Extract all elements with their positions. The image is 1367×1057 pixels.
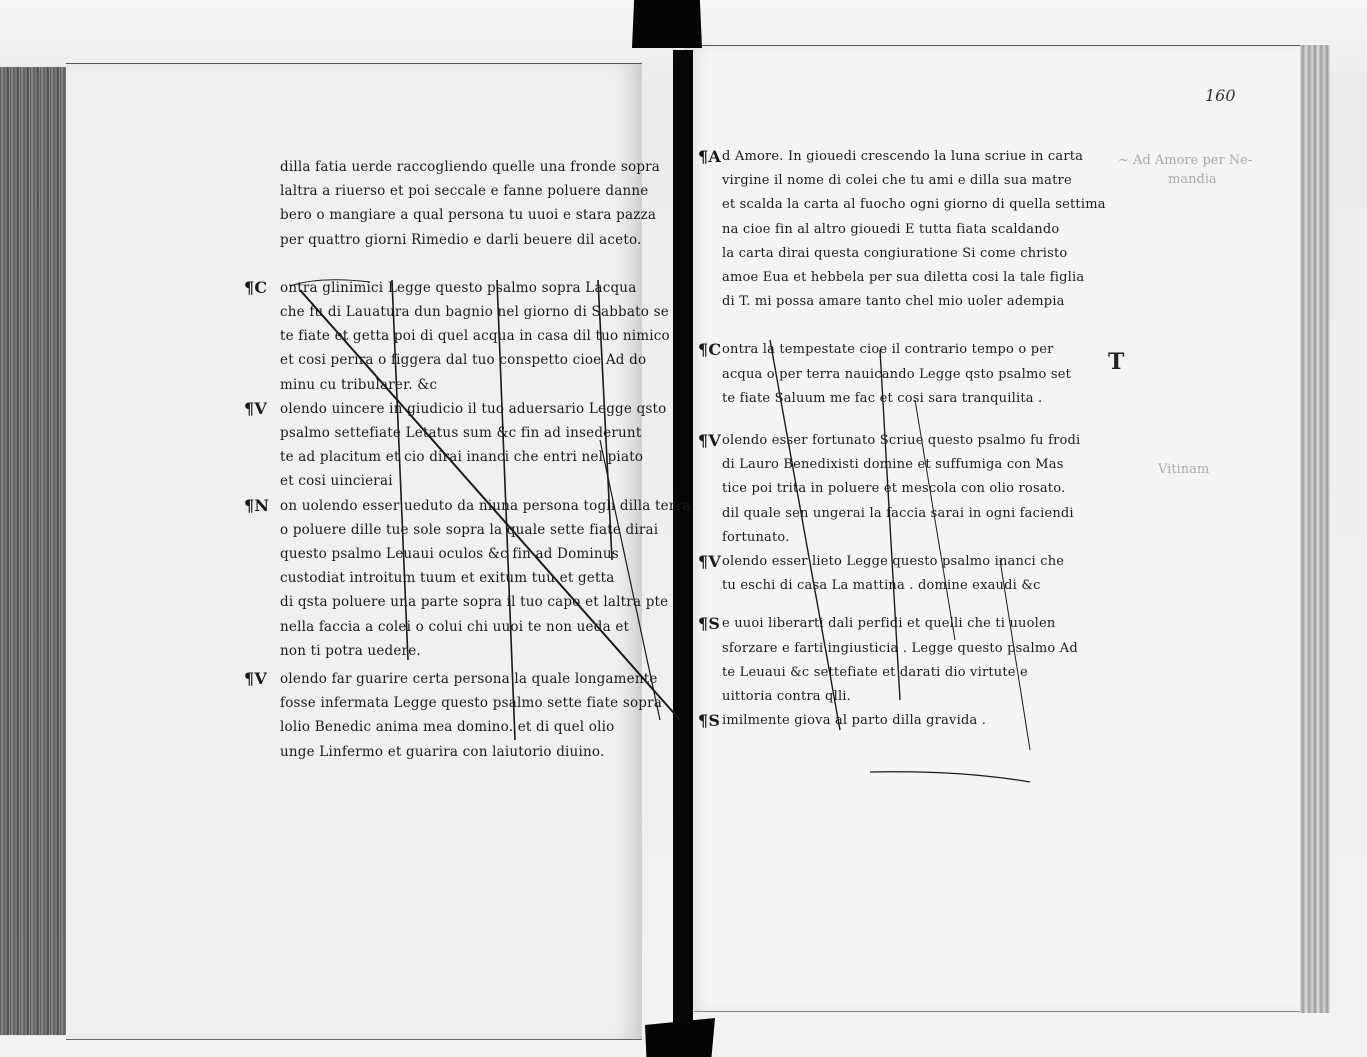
paragraph-far-guarire: ¶V olendo far guarire certa persona la q… — [280, 667, 690, 764]
paragraph-mark: ¶V — [698, 429, 721, 453]
text-line: te fiate Saluum me fac et cosi sara tran… — [722, 387, 1106, 411]
folio-number: 160 — [1205, 86, 1236, 105]
paragraph-mark: ¶C — [244, 276, 267, 300]
paragraph-mark: ¶V — [244, 397, 267, 421]
text-line: dilla fatia uerde raccogliendo quelle un… — [280, 155, 690, 179]
paragraph-fortunato: ¶V olendo esser fortunato Scriue questo … — [722, 429, 1106, 550]
text-line: laltra a riuerso et poi seccale e fanne … — [280, 179, 690, 203]
text-line: lolio Benedic anima mea domino. et di qu… — [280, 715, 690, 739]
text-line: olendo far guarire certa persona la qual… — [280, 667, 690, 691]
text-line: imilmente giova al parto dilla gravida . — [722, 709, 1106, 733]
paragraph-volendo-uincere: ¶V olendo uincere in giudicio il tuo adu… — [280, 397, 690, 494]
text-line: ontra glinimici Legge questo psalmo sopr… — [280, 276, 690, 300]
text-line: minu cu tribularer. &c — [280, 373, 690, 397]
text-line: ontra la tempestate cioe il contrario te… — [722, 338, 1106, 362]
text-line: di Lauro Benedixisti domine et suffumiga… — [722, 453, 1106, 477]
text-line: te Leuaui &c settefiate et darati dio vi… — [722, 661, 1106, 685]
text-line: questo psalmo Leuaui oculos &c fin ad Do… — [280, 542, 690, 566]
text-line: te ad placitum et cio dirai inanci che e… — [280, 445, 690, 469]
text-line: on uolendo esser ueduto da niuna persona… — [280, 494, 690, 518]
paragraph-mark: ¶C — [698, 338, 721, 362]
text-line: dil quale sen ungerai la faccia sarai in… — [722, 502, 1106, 526]
text-line: fortunato. — [722, 526, 1106, 550]
text-line: di qsta poluere una parte sopra il tuo c… — [280, 590, 690, 614]
text-line: acqua o per terra nauicando Legge qsto p… — [722, 363, 1106, 387]
text-line: na cioe fin al altro giouedi E tutta fia… — [722, 218, 1106, 242]
paragraph-mark: ¶V — [698, 550, 721, 574]
left-page-text: dilla fatia uerde raccogliendo quelle un… — [280, 155, 690, 764]
paragraph: dilla fatia uerde raccogliendo quelle un… — [280, 155, 690, 252]
text-line: fosse infermata Legge questo psalmo sett… — [280, 691, 690, 715]
paragraph-non-uolendo: ¶N on uolendo esser ueduto da niuna pers… — [280, 494, 690, 663]
paragraph-contra-glinimici: ¶C ontra glinimici Legge questo psalmo s… — [280, 276, 690, 397]
text-line: e uuoi liberarti dali perfidi et quelli … — [722, 612, 1106, 636]
marginal-letter: T — [1108, 349, 1124, 375]
text-line: olendo esser lieto Legge questo psalmo i… — [722, 550, 1106, 574]
text-line: olendo uincere in giudicio il tuo aduers… — [280, 397, 690, 421]
text-line: uittoria contra qlli. — [722, 685, 1106, 709]
text-line: et scalda la carta al fuocho ogni giorno… — [722, 193, 1106, 217]
paragraph-contra-tempestate: ¶C ontra la tempestate cioe il contrario… — [722, 338, 1106, 411]
text-line: te fiate et getta poi di quel acqua in c… — [280, 324, 690, 348]
paragraph-mark: ¶A — [698, 145, 721, 169]
text-line: psalmo settefiate Letatus sum &c fin ad … — [280, 421, 690, 445]
right-page-text: ¶A d Amore. In giouedi crescendo la luna… — [722, 145, 1106, 733]
text-line: o poluere dille tue sole sopra la quale … — [280, 518, 690, 542]
margin-note-ad-amore: ~ Ad Amore per Ne- — [1118, 153, 1252, 168]
text-line: bero o mangiare a qual persona tu uuoi e… — [280, 203, 690, 227]
margin-note-ad-amore-cont: mandia — [1168, 172, 1217, 187]
text-line: sforzare e farti ingiusticia . Legge que… — [722, 637, 1106, 661]
text-line: la carta dirai questa congiuratione Si c… — [722, 242, 1106, 266]
paragraph-mark: ¶V — [244, 667, 267, 691]
paragraph-mark: ¶S — [698, 709, 720, 733]
paragraph-mark: ¶N — [244, 494, 269, 518]
paragraph-lieto: ¶V olendo esser lieto Legge questo psalm… — [722, 550, 1106, 598]
text-line: d Amore. In giouedi crescendo la luna sc… — [722, 145, 1106, 169]
text-line: virgine il nome di colei che tu ami e di… — [722, 169, 1106, 193]
paragraph-mark: ¶S — [698, 612, 720, 636]
text-line: che fu di Lauatura dun bagnio nel giorno… — [280, 300, 690, 324]
paragraph-similmente: ¶S imilmente giova al parto dilla gravid… — [722, 709, 1106, 733]
margin-note-lower: Vitinam — [1158, 462, 1209, 477]
bookmark-ribbon-top — [632, 0, 702, 48]
paragraph-liberarti: ¶S e uuoi liberarti dali perfidi et quel… — [722, 612, 1106, 709]
right-page-edges — [1300, 45, 1330, 1013]
text-line: tice poi trita in poluere et mescola con… — [722, 477, 1106, 501]
text-line: tu eschi di casa La mattina . domine exa… — [722, 574, 1106, 598]
paragraph-ad-amore: ¶A d Amore. In giouedi crescendo la luna… — [722, 145, 1106, 314]
text-line: unge Linfermo et guarira con laiutorio d… — [280, 740, 690, 764]
text-line: per quattro giorni Rimedio e darli beuer… — [280, 228, 690, 252]
text-line: et cosi perira o figgera dal tuo conspet… — [280, 348, 690, 372]
text-line: olendo esser fortunato Scriue questo psa… — [722, 429, 1106, 453]
text-line: custodiat introitum tuum et exitum tuu e… — [280, 566, 690, 590]
text-line: non ti potra uedere. — [280, 639, 690, 663]
text-line: et cosi uincierai — [280, 469, 690, 493]
text-line: amoe Eua et hebbela per sua diletta cosi… — [722, 266, 1106, 290]
text-line: di T. mi possa amare tanto chel mio uole… — [722, 290, 1106, 314]
left-page-edges — [0, 67, 66, 1035]
text-line: nella faccia a colei o colui chi uuoi te… — [280, 615, 690, 639]
